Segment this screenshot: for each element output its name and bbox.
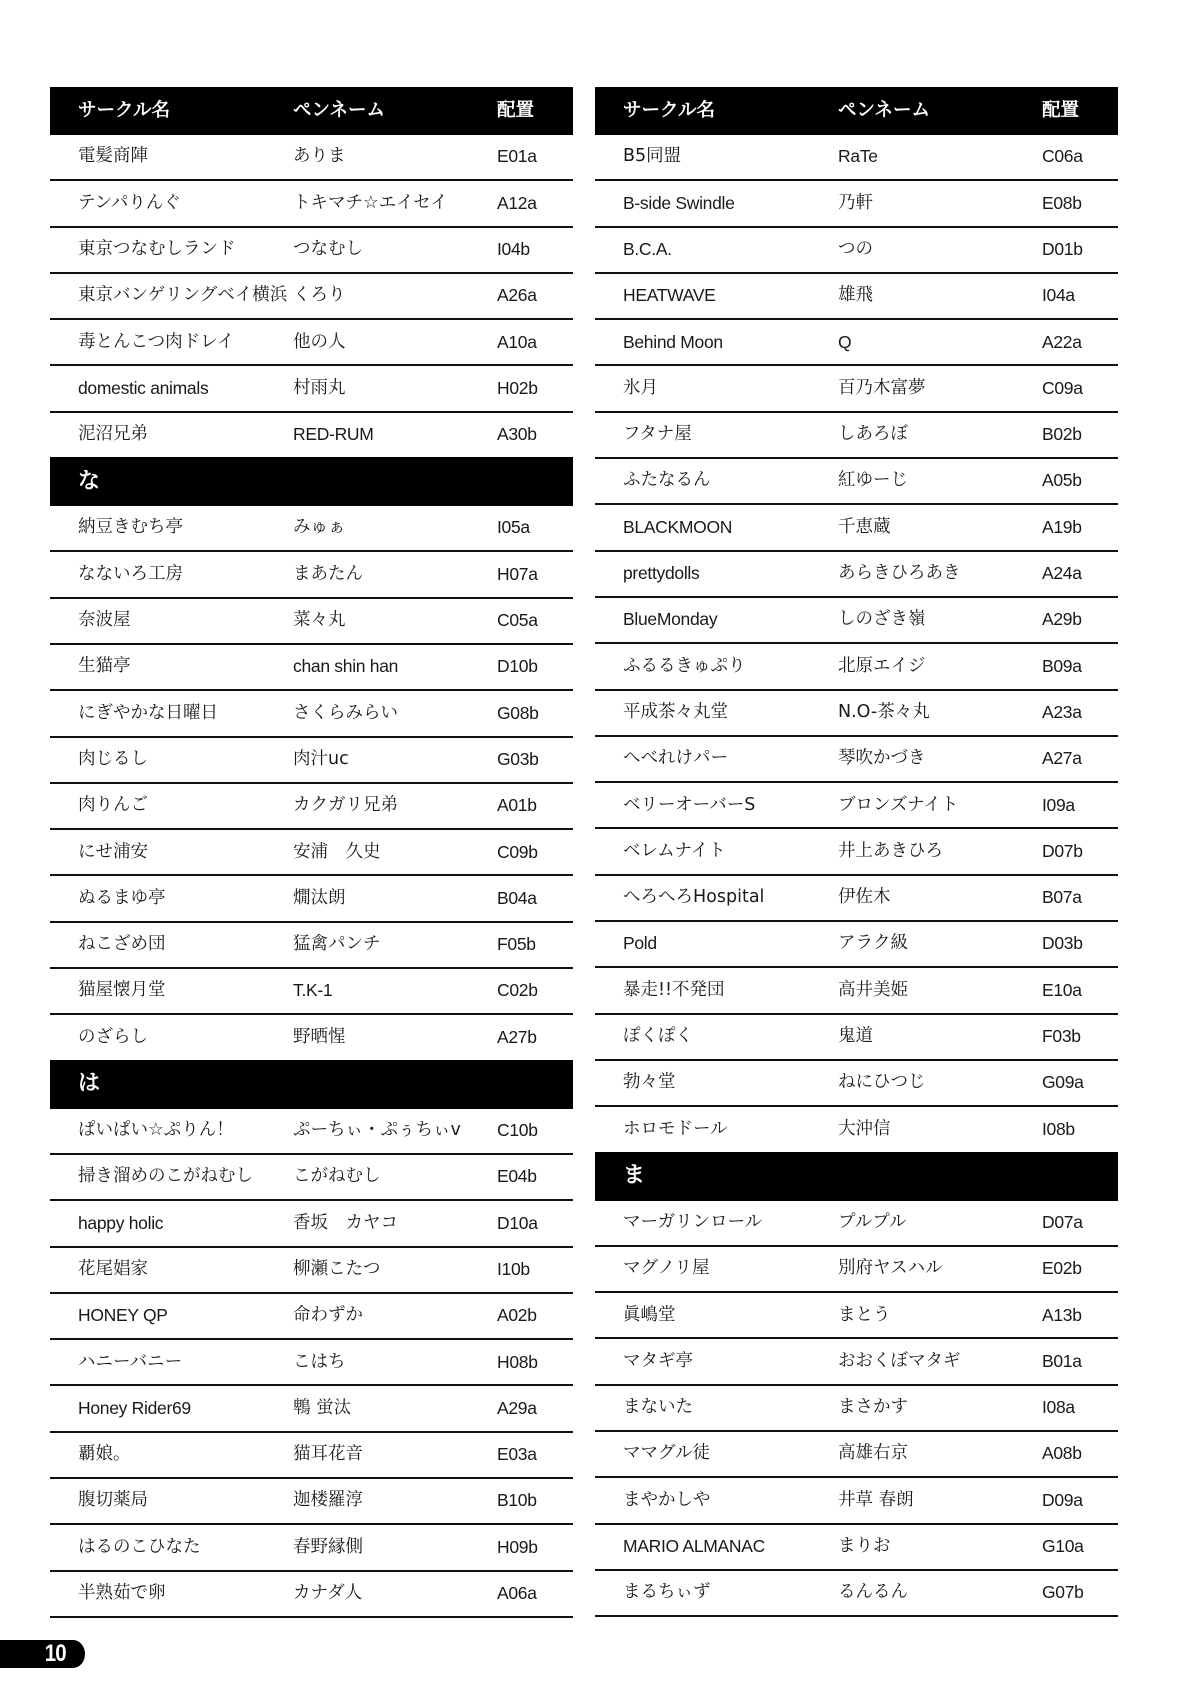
pen-name: るんるん xyxy=(838,1584,908,1602)
table-row: ママグル徒高雄右京A08b xyxy=(595,1432,1118,1478)
circle-name: BlueMonday xyxy=(623,611,717,629)
pen-name: Q xyxy=(838,334,851,352)
circle-name: ねこざめ団 xyxy=(78,936,166,954)
pen-name: しのざき嶺 xyxy=(838,611,926,629)
circle-name: マーガリンロール xyxy=(623,1214,762,1232)
location: C02b xyxy=(497,982,538,1000)
location: A19b xyxy=(1042,519,1082,537)
circle-name: テンパりんぐ xyxy=(78,195,181,213)
circle-name: マグノリ屋 xyxy=(623,1260,709,1278)
location: C09a xyxy=(1042,380,1083,398)
pen-name: ブロンズナイト xyxy=(838,797,958,815)
location: A02b xyxy=(497,1307,537,1325)
location: A10a xyxy=(497,334,537,352)
circle-name: のざらし xyxy=(78,1029,148,1047)
circle-name: B5同盟 xyxy=(623,148,681,166)
pen-name: こはち xyxy=(293,1354,346,1372)
circle-name: B-side Swindle xyxy=(623,195,735,213)
circle-name: Honey Rider69 xyxy=(78,1400,191,1418)
table-row: 半熟茹で卵カナダ人A06a xyxy=(50,1572,573,1618)
location: B04a xyxy=(497,890,537,908)
pen-name: ねにひつじ xyxy=(838,1074,926,1092)
pen-name: あらきひろあき xyxy=(838,565,961,583)
circle-name: Pold xyxy=(623,935,657,953)
circle-name: 東京つなむしランド xyxy=(78,241,236,259)
table-row: にぎやかな日曜日さくらみらいG08b xyxy=(50,691,573,737)
circle-name: 毒とんこつ肉ドレイ xyxy=(78,334,234,352)
circle-name: happy holic xyxy=(78,1215,163,1233)
location: B07a xyxy=(1042,889,1082,907)
pen-name: まりお xyxy=(838,1538,891,1556)
location: I08b xyxy=(1042,1121,1075,1139)
location: E03a xyxy=(497,1446,537,1464)
circle-name: 氷月 xyxy=(623,380,658,398)
table-row: 掃き溜めのこがねむしこがねむしE04b xyxy=(50,1155,573,1201)
pen-name: 井上あきひろ xyxy=(838,843,943,861)
pen-name: 迦楼羅淳 xyxy=(293,1492,363,1510)
location: A01b xyxy=(497,797,537,815)
table-row: マグノリ屋別府ヤスハルE02b xyxy=(595,1247,1118,1293)
table-row: B-side Swindle乃軒E08b xyxy=(595,181,1118,227)
circle-name: HEATWAVE xyxy=(623,287,716,305)
circle-name: Behind Moon xyxy=(623,334,723,352)
location: A27a xyxy=(1042,750,1082,768)
circle-name: ママグル徒 xyxy=(623,1445,710,1463)
circle-name: ベリーオーバーS xyxy=(623,797,755,815)
header-circle-name: サークル名 xyxy=(623,102,715,121)
pen-name: 琴吹かづき xyxy=(838,750,926,768)
table-row: テンパりんぐトキマチ☆エイセイA12a xyxy=(50,181,573,227)
table-row: 平成茶々丸堂N.O-茶々丸A23a xyxy=(595,691,1118,737)
header-pen-name: ペンネーム xyxy=(293,102,385,121)
table-row: Behind MoonQA22a xyxy=(595,320,1118,366)
pen-name: つなむし xyxy=(293,241,363,259)
location: A13b xyxy=(1042,1307,1082,1325)
circle-name: 平成茶々丸堂 xyxy=(623,704,728,722)
location: D07a xyxy=(1042,1214,1083,1232)
table-row: まやかしや井草 春朗D09a xyxy=(595,1478,1118,1524)
circle-name: MARIO ALMANAC xyxy=(623,1538,765,1556)
circle-name: 花尾娼家 xyxy=(78,1261,148,1279)
pen-name: 鬼道 xyxy=(838,1028,873,1046)
location: A29b xyxy=(1042,611,1082,629)
location: E01a xyxy=(497,148,537,166)
table-row: まないたまさかすI08a xyxy=(595,1386,1118,1432)
pen-name: ぷーちぃ・ぷぅちぃv xyxy=(293,1122,461,1140)
pen-name: しあろぼ xyxy=(838,426,908,444)
table-row: Poldアラク級D03b xyxy=(595,922,1118,968)
location: D07b xyxy=(1042,843,1083,861)
pen-name: おおくぼマタギ xyxy=(838,1353,961,1371)
circle-name: ハニーバニー xyxy=(78,1354,182,1372)
table-row: 泥沼兄弟RED-RUMA30b xyxy=(50,413,573,459)
table-row: 毒とんこつ肉ドレイ他の人A10a xyxy=(50,320,573,366)
table-row: B.C.A.つのD01b xyxy=(595,228,1118,274)
table-row: 猫屋懐月堂T.K-1C02b xyxy=(50,969,573,1015)
table-row: 納豆きむち亭みゅぁI05a xyxy=(50,506,573,552)
location: G07b xyxy=(1042,1584,1084,1602)
table-row: 東京バンゲリングベイ横浜くろりA26a xyxy=(50,274,573,320)
circle-name: 肉りんご xyxy=(78,797,148,815)
circle-name: にせ浦安 xyxy=(78,844,148,862)
location: A26a xyxy=(497,287,537,305)
pen-name: 高雄右京 xyxy=(838,1445,908,1463)
table-row: 覇娘。猫耳花音E03a xyxy=(50,1433,573,1479)
pen-name: まさかす xyxy=(838,1399,908,1417)
header-pen-name: ペンネーム xyxy=(838,102,930,121)
table-row: マタギ亭おおくぼマタギB01a xyxy=(595,1339,1118,1385)
table-row: ふるるきゅぷり北原エイジB09a xyxy=(595,644,1118,690)
pen-name: T.K-1 xyxy=(293,982,332,1000)
pen-name: ありま xyxy=(293,148,346,166)
section-header: ま xyxy=(595,1152,1118,1201)
location: E10a xyxy=(1042,982,1082,1000)
section-label: ま xyxy=(623,1165,645,1187)
table-row: 勃々堂ねにひつじG09a xyxy=(595,1061,1118,1107)
pen-name: 高井美姫 xyxy=(838,982,908,1000)
pen-name: 乃軒 xyxy=(838,195,873,213)
circle-name: 半熟茹で卵 xyxy=(78,1585,166,1603)
location: A29a xyxy=(497,1400,537,1418)
location: D01b xyxy=(1042,241,1083,259)
circle-table-right: サークル名 ペンネーム 配置 B5同盟RaTeC06aB-side Swindl… xyxy=(595,87,1118,1617)
location: D03b xyxy=(1042,935,1083,953)
location: H08b xyxy=(497,1354,538,1372)
table-row: 花尾娼家柳瀬こたつI10b xyxy=(50,1248,573,1294)
location: G10a xyxy=(1042,1538,1084,1556)
table-row: ホロモドール大沖信I08b xyxy=(595,1107,1118,1153)
circle-name: 猫屋懐月堂 xyxy=(78,982,166,1000)
table-row: 肉じるし肉汁ucG03b xyxy=(50,738,573,784)
circle-name: HONEY QP xyxy=(78,1307,168,1325)
pen-name: みゅぁ xyxy=(293,519,346,537)
location: I08a xyxy=(1042,1399,1075,1417)
location: E08b xyxy=(1042,195,1082,213)
table-header: サークル名 ペンネーム 配置 xyxy=(595,87,1118,135)
section-label: な xyxy=(78,471,100,493)
pen-name: まあたん xyxy=(293,566,363,584)
table-row: まるちぃずるんるんG07b xyxy=(595,1571,1118,1617)
location: A23a xyxy=(1042,704,1082,722)
circle-table-left: サークル名 ペンネーム 配置 電髪商陣ありまE01aテンパりんぐトキマチ☆エイセ… xyxy=(50,87,573,1618)
table-row: 氷月百乃木富夢C09a xyxy=(595,366,1118,412)
table-row: ぽくぽく鬼道F03b xyxy=(595,1015,1118,1061)
circle-name: なないろ工房 xyxy=(78,566,183,584)
table-row: happy holic香坂 カヤコD10a xyxy=(50,1201,573,1247)
pen-name: 他の人 xyxy=(293,334,346,352)
table-row: MARIO ALMANACまりおG10a xyxy=(595,1525,1118,1571)
circle-name: 納豆きむち亭 xyxy=(78,519,183,537)
location: E02b xyxy=(1042,1260,1082,1278)
location: C10b xyxy=(497,1122,538,1140)
section-header: な xyxy=(50,457,573,506)
circle-name: domestic animals xyxy=(78,380,208,398)
table-row: 奈波屋菜々丸C05a xyxy=(50,599,573,645)
pen-name: さくらみらい xyxy=(293,705,398,723)
pen-name: chan shin han xyxy=(293,658,398,676)
location: H07a xyxy=(497,566,538,584)
location: F05b xyxy=(497,936,536,954)
circle-name: フタナ屋 xyxy=(623,426,692,444)
location: I04b xyxy=(497,241,530,259)
pen-name: くろり xyxy=(293,287,346,305)
pen-name: 大沖信 xyxy=(838,1121,891,1139)
table-row: Honey Rider69鵯 蛍汰A29a xyxy=(50,1386,573,1432)
pen-name: RED-RUM xyxy=(293,426,374,444)
table-row: 肉りんごカクガリ兄弟A01b xyxy=(50,784,573,830)
table-row: HEATWAVE雄飛I04a xyxy=(595,274,1118,320)
table-row: にせ浦安安浦 久史C09b xyxy=(50,830,573,876)
circle-name: prettydolls xyxy=(623,565,699,583)
pen-name: 菜々丸 xyxy=(293,612,346,630)
location: C05a xyxy=(497,612,538,630)
circle-name: ぱいぱい☆ぷりん！ xyxy=(78,1122,234,1140)
circle-name: 腹切薬局 xyxy=(78,1492,148,1510)
location: B01a xyxy=(1042,1353,1082,1371)
pen-name: 紅ゆーじ xyxy=(838,472,908,490)
circle-name: 奈波屋 xyxy=(78,612,131,630)
pen-name: 肉汁uc xyxy=(293,751,349,769)
table-row: なないろ工房まあたんH07a xyxy=(50,552,573,598)
pen-name: 春野縁側 xyxy=(293,1539,363,1557)
pen-name: 柳瀬こたつ xyxy=(293,1261,381,1279)
table-row: 眞嶋堂まとうA13b xyxy=(595,1293,1118,1339)
pen-name: 井草 春朗 xyxy=(838,1492,914,1510)
circle-name: ふるるきゅぷり xyxy=(623,658,746,676)
pen-name: RaTe xyxy=(838,148,878,166)
table-row: へろへろHospital伊佐木B07a xyxy=(595,876,1118,922)
location: G03b xyxy=(497,751,539,769)
location: A05b xyxy=(1042,472,1082,490)
table-row: ハニーバニーこはちH08b xyxy=(50,1340,573,1386)
pen-name: 鵯 蛍汰 xyxy=(293,1400,351,1418)
pen-name: 伊佐木 xyxy=(838,889,891,907)
pen-name: カクガリ兄弟 xyxy=(293,797,398,815)
circle-name: B.C.A. xyxy=(623,241,672,259)
location: A06a xyxy=(497,1585,537,1603)
header-circle-name: サークル名 xyxy=(78,102,170,121)
pen-name: 雄飛 xyxy=(838,287,873,305)
pen-name: 香坂 カヤコ xyxy=(293,1215,398,1233)
circle-name: ふたなるん xyxy=(623,472,711,490)
table-row: マーガリンロールプルプルD07a xyxy=(595,1201,1118,1247)
circle-name: マタギ亭 xyxy=(623,1353,693,1371)
pen-name: 別府ヤスハル xyxy=(838,1260,943,1278)
table-row: ベリーオーバーSブロンズナイトI09a xyxy=(595,783,1118,829)
pen-name: プルプル xyxy=(838,1214,907,1232)
location: H09b xyxy=(497,1539,538,1557)
location: G09a xyxy=(1042,1074,1084,1092)
header-location: 配置 xyxy=(1042,102,1079,121)
pen-name: 安浦 久史 xyxy=(293,844,381,862)
pen-name: こがねむし xyxy=(293,1168,381,1186)
location: D10b xyxy=(497,658,538,676)
location: I05a xyxy=(497,519,530,537)
pen-name: 猫耳花音 xyxy=(293,1446,363,1464)
circle-name: BLACKMOON xyxy=(623,519,732,537)
section-label: は xyxy=(78,1073,100,1095)
location: D09a xyxy=(1042,1492,1083,1510)
table-row: prettydollsあらきひろあきA24a xyxy=(595,552,1118,598)
pen-name: 村雨丸 xyxy=(293,380,346,398)
circle-name: 東京バンゲリングベイ横浜 xyxy=(78,287,287,305)
table-row: BLACKMOON千恵蔵A19b xyxy=(595,505,1118,551)
pen-name: まとう xyxy=(838,1307,891,1325)
location: A30b xyxy=(497,426,537,444)
circle-name: へべれけパー xyxy=(623,750,728,768)
circle-name: まやかしや xyxy=(623,1492,711,1510)
circle-name: ホロモドール xyxy=(623,1121,728,1139)
table-row: のざらし野晒惺A27b xyxy=(50,1015,573,1061)
table-row: 腹切薬局迦楼羅淳B10b xyxy=(50,1479,573,1525)
location: B10b xyxy=(497,1492,537,1510)
circle-name: 覇娘。 xyxy=(78,1446,131,1464)
table-row: 生猫亭chan shin hanD10b xyxy=(50,645,573,691)
table-row: B5同盟RaTeC06a xyxy=(595,135,1118,181)
table-row: へべれけパー琴吹かづきA27a xyxy=(595,737,1118,783)
pen-name: 野晒惺 xyxy=(293,1029,346,1047)
location: E04b xyxy=(497,1168,537,1186)
circle-name: まないた xyxy=(623,1399,693,1417)
location: A24a xyxy=(1042,565,1082,583)
pen-name: 千恵蔵 xyxy=(838,519,891,537)
table-row: ぱいぱい☆ぷりん！ぷーちぃ・ぷぅちぃvC10b xyxy=(50,1109,573,1155)
table-row: BlueMondayしのざき嶺A29b xyxy=(595,598,1118,644)
table-row: フタナ屋しあろぼB02b xyxy=(595,413,1118,459)
circle-name: はるのこひなた xyxy=(78,1539,201,1557)
table-row: HONEY QP命わずかA02b xyxy=(50,1294,573,1340)
pen-name: 命わずか xyxy=(293,1307,363,1325)
table-row: 暴走!!不発団高井美姫E10a xyxy=(595,968,1118,1014)
location: I04a xyxy=(1042,287,1075,305)
circle-name: ぬるまゆ亭 xyxy=(78,890,166,908)
location: C06a xyxy=(1042,148,1083,166)
circle-name: ベレムナイト xyxy=(623,843,726,861)
pen-name: N.O-茶々丸 xyxy=(838,704,930,722)
pen-name: アラク級 xyxy=(838,935,908,953)
table-row: domestic animals村雨丸H02b xyxy=(50,366,573,412)
location: A12a xyxy=(497,195,537,213)
circle-name: 生猫亭 xyxy=(78,658,131,676)
page-number: 10 xyxy=(0,1640,85,1668)
section-header: は xyxy=(50,1060,573,1109)
pen-name: トキマチ☆エイセイ xyxy=(293,195,448,213)
location: F03b xyxy=(1042,1028,1081,1046)
location: I10b xyxy=(497,1261,530,1279)
table-row: はるのこひなた春野縁側H09b xyxy=(50,1525,573,1571)
header-location: 配置 xyxy=(497,102,534,121)
location: G08b xyxy=(497,705,539,723)
circle-name: 泥沼兄弟 xyxy=(78,426,148,444)
circle-name: 肉じるし xyxy=(78,751,148,769)
circle-name: ぽくぽく xyxy=(623,1028,693,1046)
pen-name: つの xyxy=(838,241,873,259)
location: A22a xyxy=(1042,334,1082,352)
location: A27b xyxy=(497,1029,537,1047)
table-row: ふたなるん紅ゆーじA05b xyxy=(595,459,1118,505)
table-row: 電髪商陣ありまE01a xyxy=(50,135,573,181)
table-row: 東京つなむしランドつなむしI04b xyxy=(50,228,573,274)
pen-name: 燗汰朗 xyxy=(293,890,346,908)
location: B02b xyxy=(1042,426,1082,444)
circle-name: 暴走!!不発団 xyxy=(623,982,725,1000)
location: D10a xyxy=(497,1215,538,1233)
table-row: ベレムナイト井上あきひろD07b xyxy=(595,829,1118,875)
circle-name: まるちぃず xyxy=(623,1584,711,1602)
circle-name: 電髪商陣 xyxy=(78,148,148,166)
circle-name: 掃き溜めのこがねむし xyxy=(78,1168,253,1186)
pen-name: 百乃木富夢 xyxy=(838,380,926,398)
table-row: ぬるまゆ亭燗汰朗B04a xyxy=(50,876,573,922)
circle-name: 眞嶋堂 xyxy=(623,1307,676,1325)
circle-name: へろへろHospital xyxy=(623,889,764,907)
circle-name: にぎやかな日曜日 xyxy=(78,705,218,723)
location: H02b xyxy=(497,380,538,398)
table-header: サークル名 ペンネーム 配置 xyxy=(50,87,573,135)
pen-name: 猛禽パンチ xyxy=(293,936,381,954)
pen-name: カナダ人 xyxy=(293,1585,362,1603)
pen-name: 北原エイジ xyxy=(838,658,926,676)
location: I09a xyxy=(1042,797,1075,815)
table-row: ねこざめ団猛禽パンチF05b xyxy=(50,923,573,969)
location: B09a xyxy=(1042,658,1082,676)
location: C09b xyxy=(497,844,538,862)
circle-name: 勃々堂 xyxy=(623,1074,676,1092)
location: A08b xyxy=(1042,1445,1082,1463)
